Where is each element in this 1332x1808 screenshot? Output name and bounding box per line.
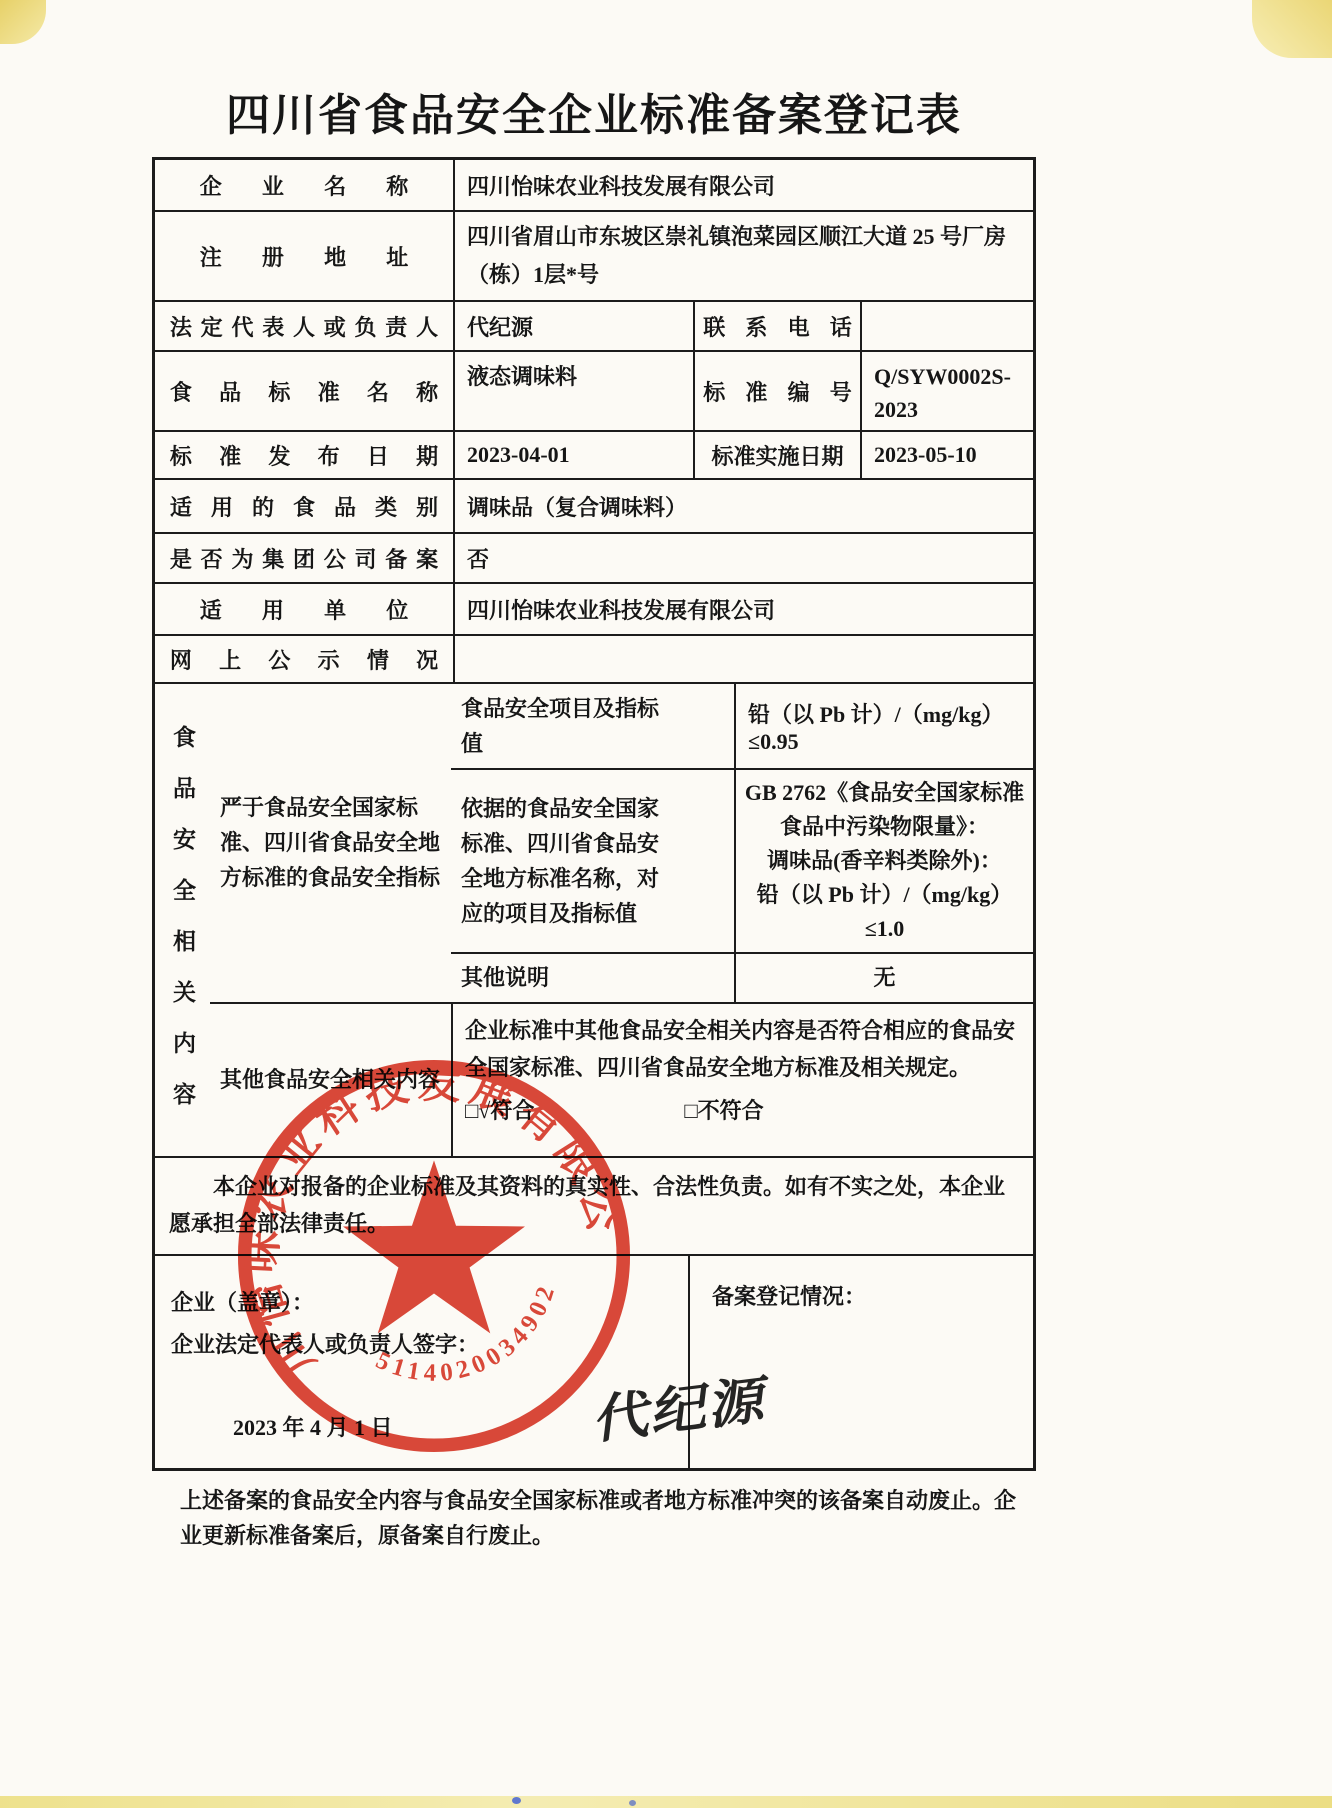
online-publicity-value xyxy=(453,636,1033,682)
item-indicator-label: 食品安全项目及指标值 xyxy=(451,684,734,768)
online-publicity-label: 网上公示情况 xyxy=(155,636,453,682)
group-filing-label: 是否为集团公司备案 xyxy=(155,534,453,582)
basis-value-line: GB 2762《食品安全国家标准 食品中污染物限量》： xyxy=(744,776,1025,844)
basis-label: 依据的食品安全国家标准、四川省食品安全地方标准名称，对应的项目及指标值 xyxy=(451,770,734,952)
company-name-value: 四川怡味农业科技发展有限公司 xyxy=(453,160,1033,210)
row-legal-rep: 法定代表人或负责人 代纪源 联系电话 xyxy=(155,300,1033,350)
row-standard-dates: 标准发布日期 2023-04-01 标准实施日期 2023-05-10 xyxy=(155,430,1033,478)
standard-name-label: 食品标准名称 xyxy=(155,352,453,430)
company-name-label: 企业名称 xyxy=(155,160,453,210)
stricter-group-rows: 食品安全项目及指标值 铅（以 Pb 计）/（mg/kg）≤0.95 依据的食品安… xyxy=(451,684,1033,1002)
scan-artifact-top-right xyxy=(1252,0,1332,58)
scan-artifact-top-left xyxy=(0,0,46,44)
company-seal: 四川怡味农业科技发展有限公司 5114020034902 xyxy=(226,1048,642,1464)
scan-artifact-blue-dot xyxy=(629,1800,636,1806)
standard-no-value: Q/SYW0002S-2023 xyxy=(860,352,1033,430)
legal-rep-value: 代纪源 xyxy=(453,302,693,350)
food-category-value: 调味品（复合调味料） xyxy=(453,480,1033,532)
row-food-category: 适用的食品类别 调味品（复合调味料） xyxy=(155,478,1033,532)
basis-value-line: 调味品(香辛料类除外)： xyxy=(767,844,1002,878)
registered-address-value: 四川省眉山市东坡区崇礼镇泡菜园区顺江大道 25 号厂房（栋）1层*号 xyxy=(453,212,1033,300)
standard-no-label: 标准编号 xyxy=(693,352,860,430)
basis-value-line: 铅（以 Pb 计）/（mg/kg） xyxy=(757,878,1012,912)
legal-rep-label: 法定代表人或负责人 xyxy=(155,302,453,350)
safety-side-label: 食品安全相关内容 xyxy=(155,684,210,1156)
food-category-label: 适用的食品类别 xyxy=(155,480,453,532)
standard-name-value: 液态调味料 xyxy=(453,352,693,430)
contact-phone-value xyxy=(860,302,1033,350)
publish-date-label: 标准发布日期 xyxy=(155,432,453,478)
contact-phone-label: 联系电话 xyxy=(693,302,860,350)
safety-stricter-group: 严于食品安全国家标准、四川省食品安全地方标准的食品安全指标 食品安全项目及指标值… xyxy=(210,684,1033,1002)
row-item-indicator: 食品安全项目及指标值 铅（以 Pb 计）/（mg/kg）≤0.95 xyxy=(451,684,1033,768)
row-registered-address: 注册地址 四川省眉山市东坡区崇礼镇泡菜园区顺江大道 25 号厂房（栋）1层*号 xyxy=(155,210,1033,300)
row-basis: 依据的食品安全国家标准、四川省食品安全地方标准名称，对应的项目及指标值 GB 2… xyxy=(451,768,1033,952)
registered-address-label: 注册地址 xyxy=(155,212,453,300)
row-standard-name: 食品标准名称 液态调味料 标准编号 Q/SYW0002S-2023 xyxy=(155,350,1033,430)
star-icon xyxy=(343,1160,525,1333)
applicable-unit-label: 适用单位 xyxy=(155,584,453,634)
other-note-value: 无 xyxy=(734,954,1033,1001)
page-title: 四川省食品安全企业标准备案登记表 xyxy=(152,88,1036,143)
item-indicator-value: 铅（以 Pb 计）/（mg/kg）≤0.95 xyxy=(734,684,1033,768)
checkbox-nonconform: □不符合 xyxy=(684,1092,763,1129)
publish-date-value: 2023-04-01 xyxy=(453,432,693,478)
footer-note: 上述备案的食品安全内容与食品安全国家标准或者地方标准冲突的该备案自动废止。企业更… xyxy=(152,1483,1036,1553)
row-other-note: 其他说明 无 xyxy=(451,952,1033,1001)
scan-artifact-blue-dot xyxy=(512,1797,521,1804)
row-online-publicity: 网上公示情况 xyxy=(155,634,1033,682)
group-filing-value: 否 xyxy=(453,534,1033,582)
row-company-name: 企业名称 四川怡味农业科技发展有限公司 xyxy=(155,160,1033,210)
row-group-filing: 是否为集团公司备案 否 xyxy=(155,532,1033,582)
basis-value: GB 2762《食品安全国家标准 食品中污染物限量》： 调味品(香辛料类除外)：… xyxy=(734,770,1033,952)
applicable-unit-value: 四川怡味农业科技发展有限公司 xyxy=(453,584,1033,634)
row-applicable-unit: 适用单位 四川怡味农业科技发展有限公司 xyxy=(155,582,1033,634)
implement-date-label: 标准实施日期 xyxy=(693,432,860,478)
implement-date-value: 2023-05-10 xyxy=(860,432,1033,478)
stricter-group-label: 严于食品安全国家标准、四川省食品安全地方标准的食品安全指标 xyxy=(210,684,451,1002)
basis-value-line: ≤1.0 xyxy=(865,912,905,946)
other-note-label: 其他说明 xyxy=(451,954,734,1001)
scanned-document-page: 四川省食品安全企业标准备案登记表 企业名称 四川怡味农业科技发展有限公司 注册地… xyxy=(0,0,1332,1808)
scan-artifact-bottom-strip xyxy=(0,1796,1332,1808)
